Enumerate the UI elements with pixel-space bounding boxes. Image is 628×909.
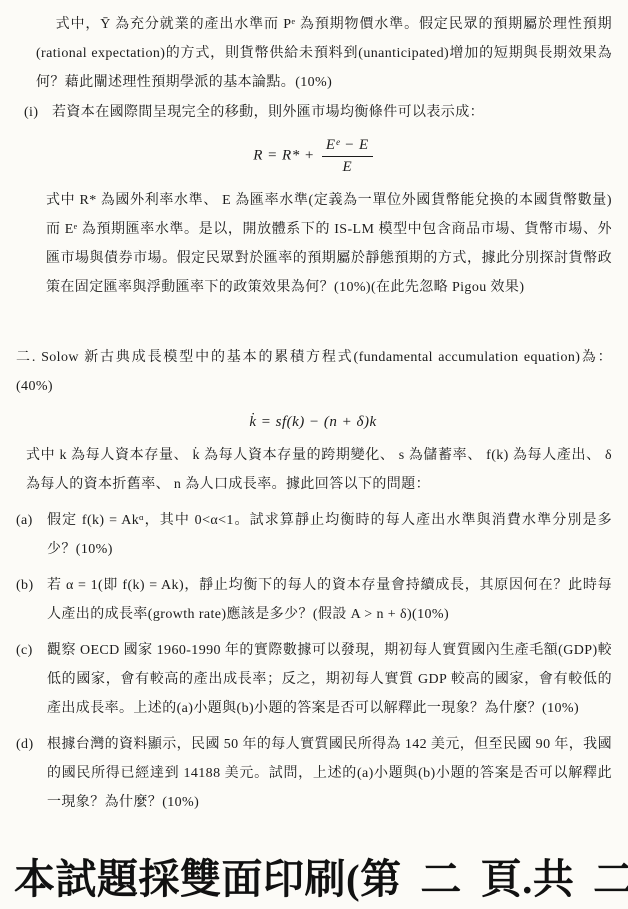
question-continuation-paragraph: 式中，Ȳ 為充分就業的產出水準而 Pᵉ 為預期物價水準。假定民眾的預期屬於理性預… (36, 10, 612, 97)
page-footer-print-note: 本試題採雙面印刷(第 二 頁.共 二 頁) (14, 856, 614, 903)
item-i-label: (i) (24, 98, 52, 127)
sub-item-d: (d) 根據台灣的資料顯示，民國 50 年的每人實質國民所得為 142 美元，但… (16, 730, 612, 817)
sub-item-c-label: (c) (16, 636, 47, 723)
item-i-text: 若資本在國際間呈現完全的移動，則外匯市場均衡條件可以表示成： (52, 98, 484, 127)
sub-item-b-text: 若 α = 1(即 f(k) = Ak)，靜止均衡下的每人的資本存量會持續成長，… (47, 571, 612, 629)
sub-item-d-text: 根據台灣的資料顯示，民國 50 年的每人實質國民所得為 142 美元，但至民國 … (47, 730, 612, 817)
exchange-rate-formula: R = R* + Eᵉ − E E (14, 127, 612, 184)
formula-numerator: Eᵉ − E (322, 136, 373, 156)
formula-fraction: Eᵉ − E E (322, 136, 373, 177)
sub-item-a-text: 假定 f(k) = Akᵅ，其中 0<α<1。試求算靜止均衡時的每人產出水準與消… (47, 506, 612, 564)
sub-item-b-label: (b) (16, 571, 47, 629)
formula-lhs: R = R* + (253, 148, 314, 164)
sub-item-d-label: (d) (16, 730, 47, 817)
sub-item-c: (c) 觀察 OECD 國家 1960-1990 年的實際數據可以發現，期初每人… (16, 636, 612, 723)
accumulation-equation: k̇ = sf(k) − (n + δ)k (14, 401, 612, 442)
question-2-explanation: 式中 k 為每人資本存量、 k̇ 為每人資本存量的跨期變化、 s 為儲蓄率、 f… (26, 441, 612, 499)
sub-item-a: (a) 假定 f(k) = Akᵅ，其中 0<α<1。試求算靜止均衡時的每人產出… (16, 506, 612, 564)
exam-page: 式中，Ȳ 為充分就業的產出水準而 Pᵉ 為預期物價水準。假定民眾的預期屬於理性預… (0, 0, 628, 909)
formula-denominator: E (322, 156, 373, 177)
question-2-heading: 二. Solow 新古典成長模型中的基本的累積方程式(fundamental a… (16, 343, 612, 401)
sub-item-c-text: 觀察 OECD 國家 1960-1990 年的實際數據可以發現，期初每人實質國內… (47, 636, 612, 723)
item-i: (i) 若資本在國際間呈現完全的移動，則外匯市場均衡條件可以表示成： (24, 98, 612, 127)
item-i-explanation: 式中 R* 為國外利率水準、 E 為匯率水準(定義為一單位外國貨幣能兌換的本國貨… (46, 186, 612, 302)
sub-item-b: (b) 若 α = 1(即 f(k) = Ak)，靜止均衡下的每人的資本存量會持… (16, 571, 612, 629)
sub-item-a-label: (a) (16, 506, 47, 564)
